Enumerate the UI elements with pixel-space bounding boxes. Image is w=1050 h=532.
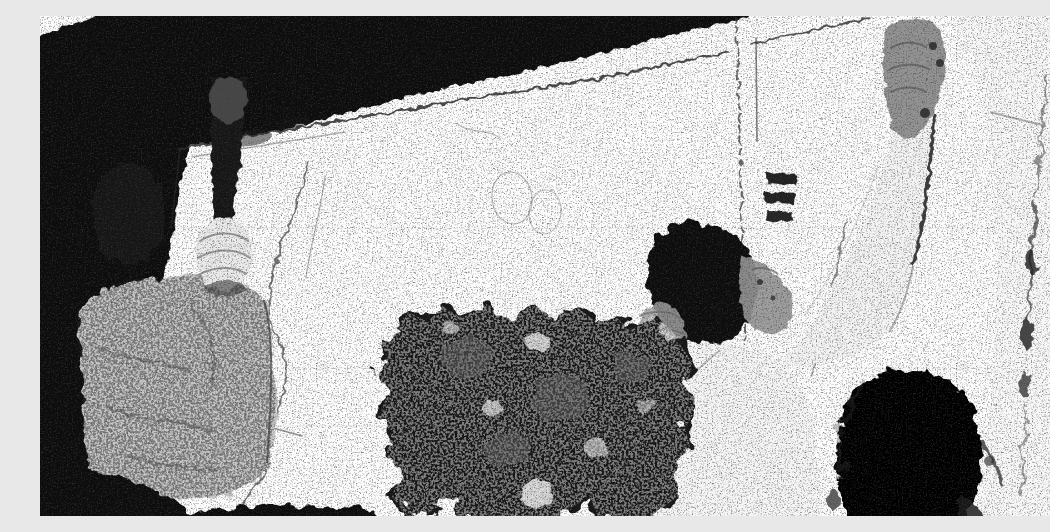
photo-canvas (40, 16, 1050, 516)
scanned-photo (40, 16, 1050, 516)
halftone-grain (40, 16, 1050, 516)
